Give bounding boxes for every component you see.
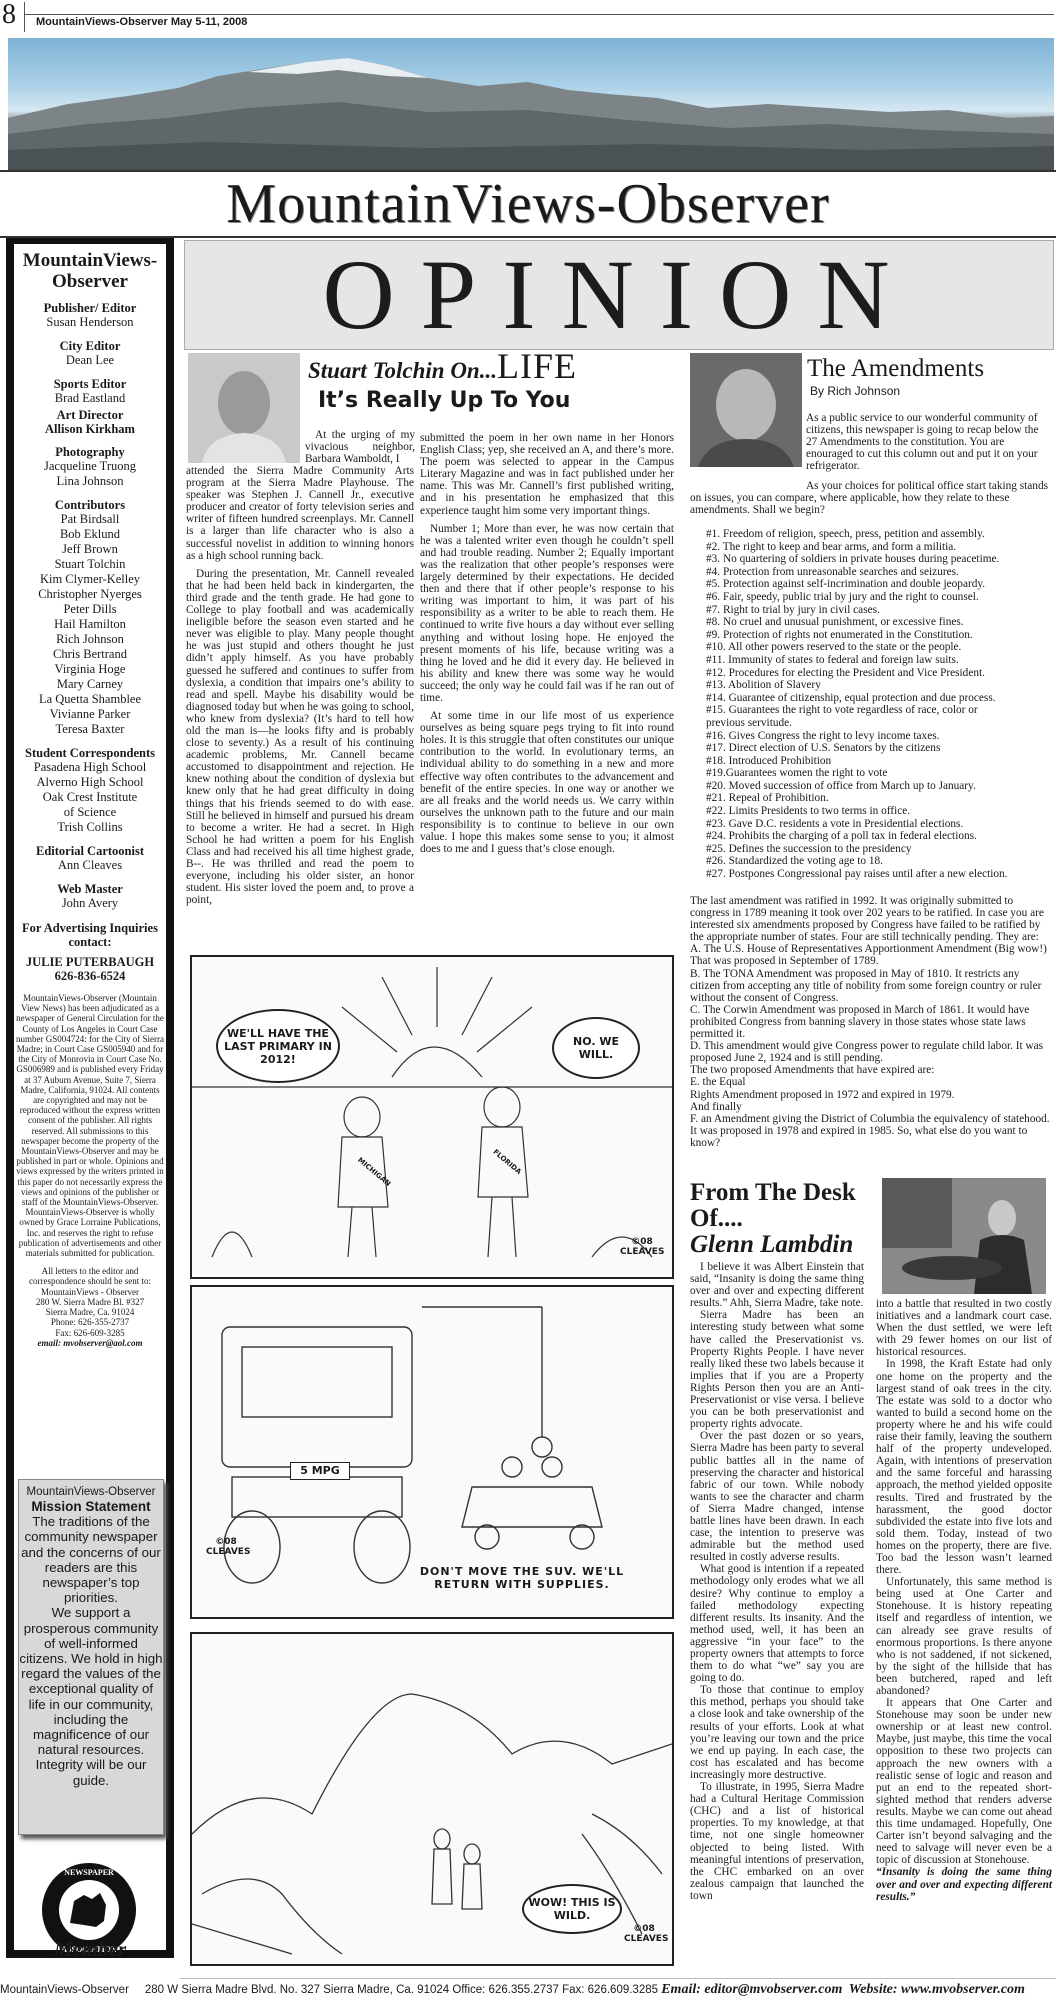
staff-name: Rich Johnson [14, 632, 166, 647]
staff-name: of Science [14, 805, 166, 820]
paragraph: It appears that One Carter and Stonehous… [876, 1697, 1052, 1866]
staff-role: Sports Editor [14, 377, 166, 391]
list-item: #10. All other powers reserved to the st… [706, 641, 1056, 654]
author-photo-johnson [690, 353, 802, 467]
paragraph: Over the past dozen or so years, Sierra … [690, 1430, 864, 1563]
article-text: As a public service to our wonderful com… [806, 412, 1052, 472]
staff-role: Student Correspondents [14, 746, 166, 760]
staff-name: Hail Hamilton [14, 617, 166, 632]
paragraph: into a battle that resulted in two costl… [876, 1298, 1052, 1358]
staff-name: Trish Collins [14, 820, 166, 835]
editorial-cartoon-primary: WE'LL HAVE THE LAST PRIMARY IN 2012! NO.… [190, 955, 674, 1279]
address-line: 280 W. Sierra Madre Bl. #327 [16, 1297, 164, 1307]
list-item: #9. Protection of rights not enumerated … [706, 629, 1056, 642]
list-item: #13. Abolition of Slavery [706, 679, 1056, 692]
mission-statement-box: MountainViews-Observer Mission Statement… [18, 1479, 164, 1835]
staff-name: Pasadena High School [14, 760, 166, 775]
address-line: All letters to the editor and [16, 1266, 164, 1276]
list-item: #24. Prohibits the charging of a poll ta… [706, 830, 1056, 843]
staff-name: Kim Clymer-Kelley [14, 572, 166, 587]
list-item: #4. Protection from unreasonable searche… [706, 566, 1056, 579]
staff-name: Alverno High School [14, 775, 166, 790]
paragraph: C. The Corwin Amendment was proposed in … [690, 1004, 1052, 1040]
staff-sidebar: MountainViews-Observer Publisher/ Editor… [6, 238, 174, 1958]
author-photo-lambdin [882, 1178, 1046, 1294]
list-item: #23. Gave D.C. residents a vote in Presi… [706, 818, 1056, 831]
list-item: #17. Direct election of U.S. Senators by… [706, 742, 1056, 755]
staff-name: Susan Henderson [14, 315, 166, 330]
paragraph: Unfortunately, this same method is being… [876, 1576, 1052, 1697]
list-item: #26. Standardized the voting age to 18. [706, 855, 1056, 868]
mission-text: We support a prosperous community of wel… [19, 1605, 163, 1787]
staff-name: Brad Eastland [14, 391, 166, 406]
staff-name: Bob Eklund [14, 527, 166, 542]
page-footer: MountainViews-Observer 280 W Sierra Madr… [0, 1982, 1056, 1998]
section-title: OPINION [184, 240, 1054, 350]
paragraph: During the presentation, Mr. Cannell rev… [186, 568, 414, 907]
staff-name: Ann Cleaves [14, 858, 166, 873]
editorial-cartoon-suv: 5 MPG ©08 CLEAVES DON'T MOVE THE SUV. WE… [190, 1285, 674, 1619]
staff-role: Contributors [14, 498, 166, 512]
paragraph: At the urging of my vivacious neighbor, … [305, 429, 415, 465]
kicker-life: LIFE [497, 346, 577, 386]
staff-role: City Editor [14, 339, 166, 353]
paragraph: I believe it was Albert Einstein that sa… [690, 1261, 864, 1309]
staff-name: Chris Bertrand [14, 647, 166, 662]
address-line: correspondence should be sent to: [16, 1276, 164, 1286]
staff-name: Mary Carney [14, 677, 166, 692]
staff-name: John Avery [14, 896, 166, 911]
cartoonist-signature: ©08 CLEAVES [620, 1237, 664, 1257]
staff-name: Jacqueline Truong [14, 459, 166, 474]
staff-name: Stuart Tolchin [14, 557, 166, 572]
paragraph: submitted the poem in her own name in he… [420, 432, 674, 517]
footer-website-link[interactable]: Website: www.mvobserver.com [849, 1982, 1025, 1997]
article-headline: The Amendments [807, 355, 984, 383]
license-plate: 5 MPG [290, 1462, 350, 1480]
paragraph: attended the Sierra Madre Community Arts… [186, 465, 414, 562]
dateline: MountainViews-Observer May 5-11, 2008 [36, 16, 247, 28]
list-item: #7. Right to trial by jury in civil case… [706, 604, 1056, 617]
article-text: As your choices for political office sta… [690, 480, 1052, 516]
column-title: From The Desk Of.... [690, 1180, 870, 1232]
masthead-title: MountainViews-Observer [0, 170, 1056, 238]
staff-name: La Quetta Shamblee [14, 692, 166, 707]
kicker-text: Stuart Tolchin On... [308, 358, 497, 383]
list-item: #11. Immunity of states to federal and f… [706, 654, 1056, 667]
staff-name: Christopher Nyerges [14, 587, 166, 602]
fax-line: Fax: 626-609-3285 [16, 1328, 164, 1338]
amendments-list: #1. Freedom of religion, speech, press, … [706, 528, 1056, 881]
list-item: #12. Procedures for electing the Preside… [706, 667, 1056, 680]
staff-name: Pat Birdsall [14, 512, 166, 527]
list-item: #6. Fair, speedy, public trial by jury a… [706, 591, 1056, 604]
staff-name: Oak Crest Institute [14, 790, 166, 805]
paragraph: Rights Amendment proposed in 1972 and ex… [690, 1089, 1052, 1101]
article-column: into a battle that resulted in two costl… [876, 1298, 1052, 1903]
paragraph: B. The TONA Amendment was proposed in Ma… [690, 968, 1052, 1004]
list-item: #21. Repeal of Prohibition. [706, 792, 1056, 805]
staff-role: Editorial Cartoonist [14, 844, 166, 858]
paragraph: To illustrate, in 1995, Sierra Madre had… [690, 1781, 864, 1902]
advertising-heading: For Advertising Inquiries contact: [14, 921, 166, 949]
page-number: 8 [2, 0, 16, 30]
list-item: #27. Postpones Congressional pay raises … [706, 868, 1056, 881]
paragraph: In 1998, the Kraft Estate had only one h… [876, 1358, 1052, 1576]
article-text: At the urging of my vivacious neighbor, … [305, 429, 415, 465]
phone-line: Phone: 626-355-2737 [16, 1317, 164, 1327]
speech-bubble: WE'LL HAVE THE LAST PRIMARY IN 2012! [216, 1009, 340, 1083]
closing-quote: “Insanity is doing the same thing over a… [876, 1866, 1052, 1902]
article-text: The last amendment was ratified in 1992.… [690, 895, 1052, 1149]
staff-name: Teresa Baxter [14, 722, 166, 737]
sidebar-title: MountainViews-Observer [14, 250, 166, 292]
cartoonist-signature: ©08 CLEAVES [206, 1537, 246, 1557]
list-item: #19.Guarantees women the right to vote [706, 767, 1056, 780]
list-item: #22. Limits Presidents to two terms in o… [706, 805, 1056, 818]
article-headline: It’s Really Up To You [318, 388, 570, 414]
footer-paper: MountainViews-Observer [0, 1984, 129, 1996]
paragraph: A. The U.S. House of Representatives App… [690, 943, 1052, 967]
svg-text:NEWSPAPER: NEWSPAPER [64, 1868, 114, 1877]
header-rule [24, 14, 1054, 15]
paragraph: D. This amendment would give Congress po… [690, 1040, 1052, 1064]
column-headline: From The Desk Of.... Glenn Lambdin [690, 1180, 870, 1258]
address-line: MountainViews - Observer [16, 1287, 164, 1297]
mission-org: MountainViews-Observer [19, 1486, 163, 1499]
paragraph: And finally [690, 1101, 1052, 1113]
paragraph: To those that continue to employ this me… [690, 1684, 864, 1781]
list-item: #15. Guarantees the right to vote regard… [706, 704, 1056, 717]
list-item: #20. Moved succession of office from Mar… [706, 780, 1056, 793]
list-item: #16. Gives Congress the right to levy in… [706, 730, 1056, 743]
address-line: Sierra Madre, Ca. 91024 [16, 1307, 164, 1317]
speech-bubble: WOW! THIS IS WILD. [522, 1884, 622, 1934]
author-photo-tolchin [188, 353, 300, 463]
list-item: #1. Freedom of religion, speech, press, … [706, 528, 1056, 541]
list-item: previous servitude. [706, 717, 1056, 730]
staff-name: Allison Kirkham [14, 422, 166, 436]
list-item: #18. Introduced Prohibition [706, 755, 1056, 768]
staff-role: Photography [14, 445, 166, 459]
column-kicker: Stuart Tolchin On...LIFE [308, 352, 577, 385]
list-item: #25. Defines the succession to the presi… [706, 843, 1056, 856]
editorial-cartoon-hillside: WOW! THIS IS WILD. ©08 CLEAVES [190, 1632, 674, 1966]
staff-name: Peter Dills [14, 602, 166, 617]
article-column: submitted the poem in her own name in he… [420, 432, 674, 861]
list-item: #3. No quartering of soldiers in private… [706, 553, 1056, 566]
paragraph: F. an Amendment giving the District of C… [690, 1113, 1052, 1149]
footer-rule [180, 1978, 1056, 1979]
mountain-banner-image [8, 38, 1054, 170]
staff-role: Art Director [14, 408, 166, 422]
mission-text: The traditions of the community newspape… [19, 1514, 163, 1605]
footer-address: 280 W Sierra Madre Blvd. No. 327 Sierra … [145, 1984, 658, 1996]
staff-name: Virginia Hoge [14, 662, 166, 677]
footer-email-link[interactable]: Email: editor@mvobserver.com [661, 1982, 842, 1997]
staff-name: Jeff Brown [14, 542, 166, 557]
letters-address: All letters to the editor and correspond… [14, 1266, 166, 1348]
speech-bubble: NO. WE WILL. [552, 1017, 640, 1079]
advertising-phone: 626-836-6524 [14, 969, 166, 983]
staff-name: Dean Lee [14, 353, 166, 368]
article-column: I believe it was Albert Einstein that sa… [690, 1261, 864, 1902]
mission-title: Mission Statement [19, 1499, 163, 1514]
paragraph: What good is intention if a repeated met… [690, 1563, 864, 1684]
email-link[interactable]: email: mvobserver@aol.com [16, 1338, 164, 1348]
byline: By Rich Johnson [810, 384, 900, 398]
list-item: #8. No cruel and unusual punishment, or … [706, 616, 1056, 629]
member-label: Member [14, 1937, 166, 1962]
cartoonist-signature: ©08 CLEAVES [624, 1924, 664, 1944]
paragraph: The last amendment was ratified in 1992.… [690, 895, 1052, 943]
list-item: #14. Guarantee of citizenship, equal pro… [706, 692, 1056, 705]
paragraph: The two proposed Amendments that have ex… [690, 1064, 1052, 1076]
cartoon-caption: DON'T MOVE THE SUV. WE'LL RETURN WITH SU… [392, 1565, 652, 1591]
advertising-contact: JULIE PUTERBAUGH [14, 955, 166, 969]
list-item: #2. The right to keep and bear arms, and… [706, 541, 1056, 554]
article-column: attended the Sierra Madre Community Arts… [186, 465, 414, 912]
paragraph: Number 1; More than ever, he was now cer… [420, 523, 674, 704]
staff-name: Lina Johnson [14, 474, 166, 489]
legal-notice: MountainViews-Observer (Mountain View Ne… [14, 993, 166, 1258]
list-item: #5. Protection against self-incriminatio… [706, 578, 1056, 591]
paragraph: Sierra Madre has been an interesting stu… [690, 1309, 864, 1430]
staff-role: Web Master [14, 882, 166, 896]
paragraph: E. the Equal [690, 1076, 1052, 1088]
column-author: Glenn Lambdin [690, 1232, 870, 1258]
header-divider [24, 2, 25, 32]
staff-role: Publisher/ Editor [14, 301, 166, 315]
staff-name: Vivianne Parker [14, 707, 166, 722]
paragraph: At some time in our life most of us expe… [420, 710, 674, 855]
